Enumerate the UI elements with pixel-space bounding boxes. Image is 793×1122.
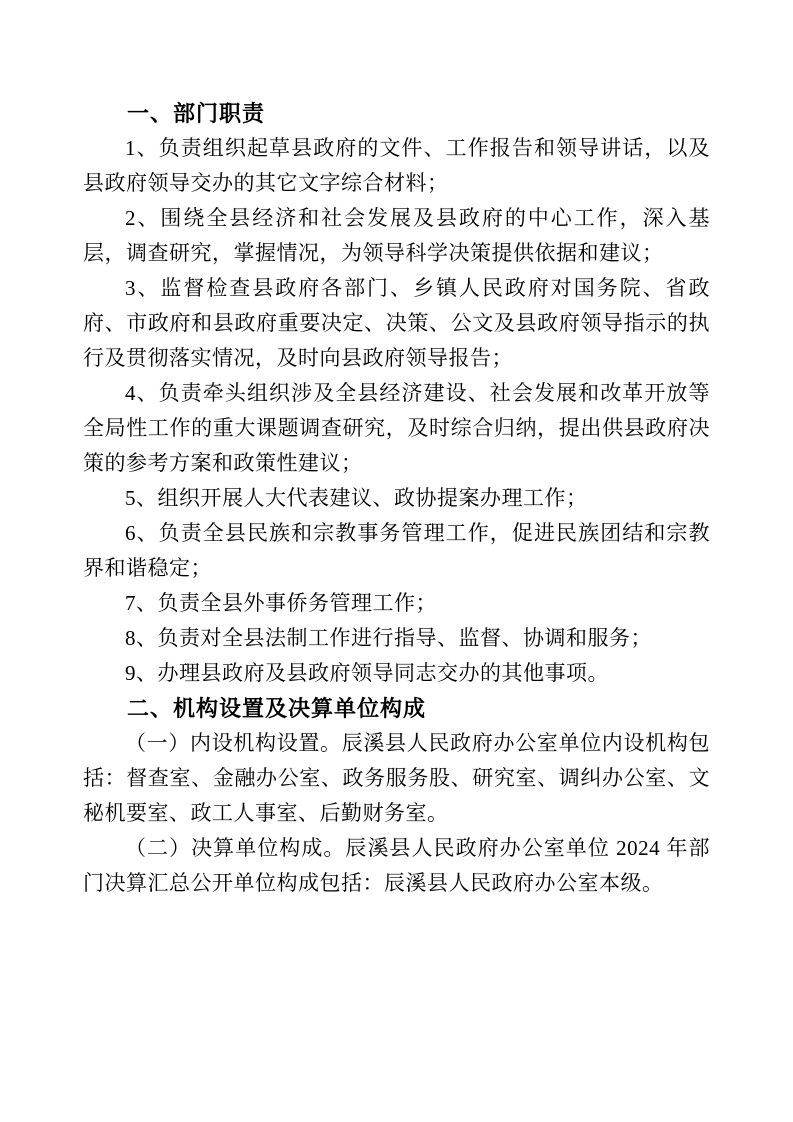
final-accounts-unit-paragraph: （二）决算单位构成。辰溪县人民政府办公室单位 2024 年部门决算汇总公开单位构…: [83, 831, 710, 901]
section-heading-organization-structure: 二、机构设置及决算单位构成: [83, 691, 710, 726]
duty-item-6: 6、负责全县民族和宗教事务管理工作，促进民族团结和宗教界和谐稳定；: [83, 516, 710, 586]
section-heading-department-duties: 一、部门职责: [83, 96, 710, 131]
duty-item-5: 5、组织开展人大代表建议、政协提案办理工作；: [83, 481, 710, 516]
duty-item-7: 7、负责全县外事侨务管理工作；: [83, 586, 710, 621]
duty-item-9: 9、办理县政府及县政府领导同志交办的其他事项。: [83, 656, 710, 691]
duty-item-3: 3、监督检查县政府各部门、乡镇人民政府对国务院、省政府、市政府和县政府重要决定、…: [83, 271, 710, 376]
duty-item-2: 2、围绕全县经济和社会发展及县政府的中心工作，深入基层，调查研究，掌握情况，为领…: [83, 201, 710, 271]
document-page: 一、部门职责 1、负责组织起草县政府的文件、工作报告和领导讲话，以及县政府领导交…: [0, 0, 793, 1122]
duty-item-8: 8、负责对全县法制工作进行指导、监督、协调和服务；: [83, 621, 710, 656]
duty-item-4: 4、负责牵头组织涉及全县经济建设、社会发展和改革开放等全局性工作的重大课题调查研…: [83, 376, 710, 481]
document-content: 一、部门职责 1、负责组织起草县政府的文件、工作报告和领导讲话，以及县政府领导交…: [83, 96, 710, 901]
org-setup-paragraph: （一）内设机构设置。辰溪县人民政府办公室单位内设机构包括：督查室、金融办公室、政…: [83, 726, 710, 831]
duty-item-1: 1、负责组织起草县政府的文件、工作报告和领导讲话，以及县政府领导交办的其它文字综…: [83, 131, 710, 201]
